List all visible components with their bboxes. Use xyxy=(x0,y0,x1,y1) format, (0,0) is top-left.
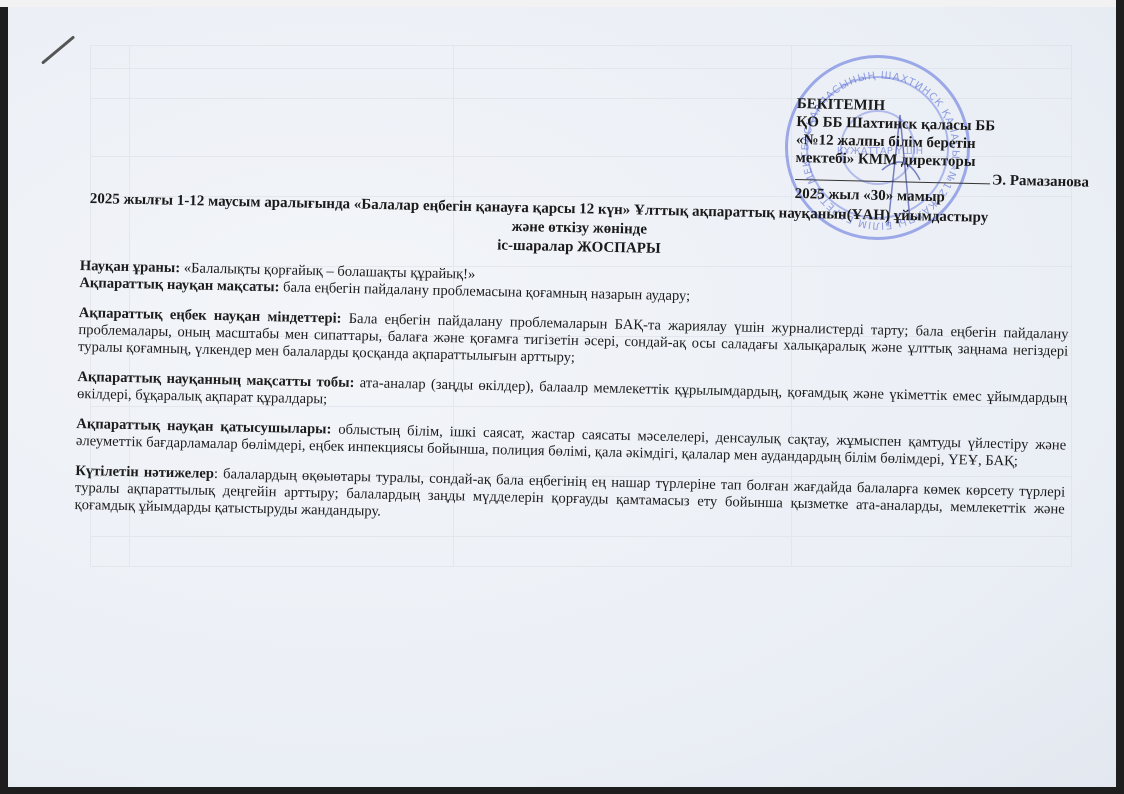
section-label: Күтілетін нәтижелер xyxy=(75,463,214,482)
section-label: Ақпараттық науқан мақсаты: xyxy=(79,275,279,295)
section-text: : балалардың өқөыөтары туралы, сондай-ақ… xyxy=(74,466,1065,520)
section-target-group: Ақпараттық науқанның мақсатты тобы: ата-… xyxy=(77,369,1068,425)
section-tasks: Ақпараттық еңбек науқан міндеттері: Бала… xyxy=(78,305,1069,378)
document-content: БАСҚАРМАСЫНЫҢ ШАХТИНСК ҚАЛАСЫ «№12 ЖАЛПЫ… xyxy=(0,0,1124,794)
section-expected-results: Күтілетін нәтижелер: балалардың өқөыөтар… xyxy=(74,463,1065,536)
viewer-right-edge xyxy=(1116,0,1124,794)
document-body: Науқан ұраны: «Балалықты қорғайық – бола… xyxy=(74,258,1070,549)
signatory-name: Э. Рамазанова xyxy=(992,172,1089,190)
section-participants: Ақпараттық науқан қатысушылары: облыстың… xyxy=(76,416,1067,472)
section-label: Науқан ұраны: xyxy=(80,258,181,276)
viewer-bottom-edge xyxy=(0,787,1124,794)
approval-block: БЕКІТЕМІН ҚО ББ Шахтинск қаласы ББ «№12 … xyxy=(795,95,1091,210)
signature-underline xyxy=(795,179,990,184)
